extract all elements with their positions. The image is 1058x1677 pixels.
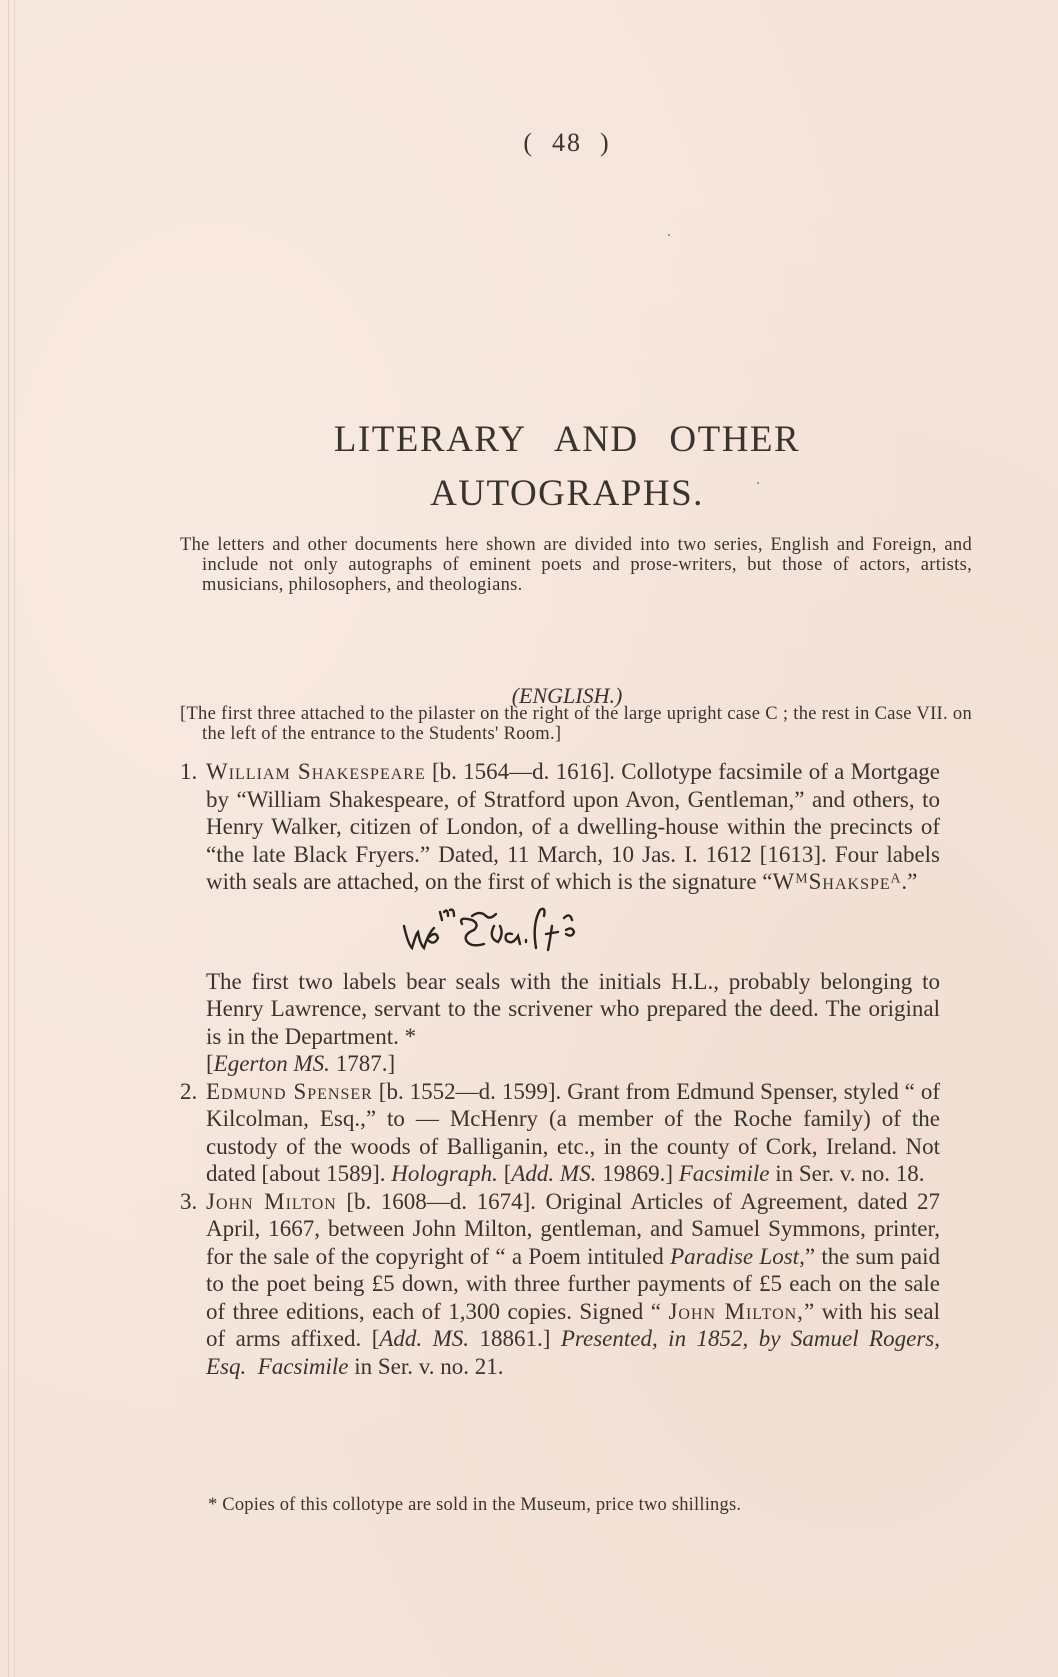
entry-number: 3. (180, 1188, 197, 1216)
page-number: (48) (0, 128, 1058, 158)
entry-shakespeare: 1. William Shakespeare [b. 1564—d. 1616]… (180, 758, 940, 896)
ref-number: 18861.] (469, 1326, 561, 1351)
entry-name: John Milton (206, 1189, 337, 1214)
page-number-value: 48 (552, 128, 582, 157)
location-note: [The first three attached to the pilaste… (180, 704, 972, 744)
ref-number: 19869.] (596, 1161, 678, 1186)
entry-shakespeare-note: The first two labels bear seals with the… (180, 968, 940, 1078)
paper-speck (668, 234, 670, 236)
ref-manuscript: Add. MS. (379, 1326, 469, 1351)
signature-facsimile (180, 896, 940, 968)
ref-manuscript: Egerton MS. (214, 1051, 330, 1076)
inline-signature: WᴹShakspeᴬ (773, 869, 902, 894)
facsimile-label: Facsimile (679, 1161, 770, 1186)
ref-bracket: [ (498, 1161, 511, 1186)
entry-number: 1. (180, 758, 197, 786)
entry-name: Edmund Spenser (206, 1079, 373, 1104)
note-text: The first two labels bear seals with the… (206, 969, 940, 1049)
page-title-line-1: LITERARY AND OTHER (0, 418, 1058, 461)
entry-milton: 3. John Milton [b. 1608—d. 1674]. Origin… (180, 1188, 940, 1381)
page-edge (8, 0, 15, 1677)
entry-text-end: .” (901, 869, 917, 894)
holograph-label: Holograph. (391, 1161, 498, 1186)
entry-list: 1. William Shakespeare [b. 1564—d. 1616]… (180, 758, 940, 1380)
paper-speck (757, 482, 759, 484)
ref-number: 1787.] (330, 1051, 395, 1076)
facsimile-ref: in Ser. v. no. 21. (348, 1354, 503, 1379)
handwritten-signature-icon (400, 904, 600, 964)
entry-name: William Shakespeare (206, 759, 426, 784)
facsimile-label: Facsimile (258, 1354, 349, 1379)
page-title-line-2: AUTOGRAPHS. (0, 472, 1058, 515)
entry-number: 2. (180, 1078, 197, 1106)
facsimile-ref: in Ser. v. no. 18. (769, 1161, 924, 1186)
entry-dates: [b. 1608—d. 1674]. (337, 1189, 536, 1214)
intro-paragraph: The letters and other documents here sho… (180, 535, 972, 595)
ref-bracket: [ (206, 1051, 214, 1076)
entry-spenser: 2. Edmund Spenser [b. 1552—d. 1599]. Gra… (180, 1078, 940, 1188)
entry-dates: [b. 1552—d. 1599]. (373, 1079, 561, 1104)
footnote: * Copies of this collotype are sold in t… (208, 1495, 928, 1516)
work-title: Paradise Lost, (670, 1244, 805, 1269)
ref-manuscript: Add. MS. (511, 1161, 596, 1186)
signed-name: John Milton, (668, 1299, 804, 1324)
entry-dates: [b. 1564—d. 1616]. (426, 759, 615, 784)
